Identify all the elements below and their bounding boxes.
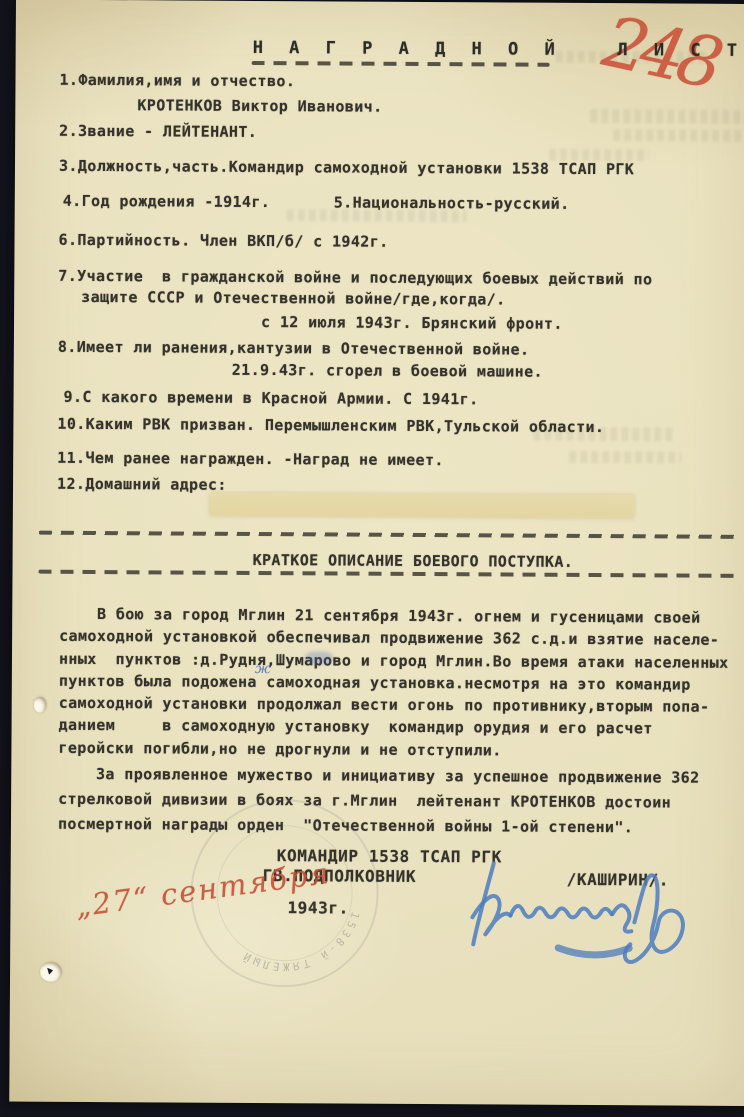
bleed-through-mark <box>590 109 744 124</box>
section-heading: КРАТКОЕ ОПИСАНИЕ БОЕВОГО ПОСТУПКА. <box>253 551 574 571</box>
combat-description-paragraph-1: В бою за город Мглин 21 сентября 1943г. … <box>58 603 729 763</box>
text-line: За проявленное мужество и инициативу за … <box>58 762 699 791</box>
field-birth-year: 4.Год рождения -1914г. <box>63 192 271 211</box>
bleed-through-mark <box>569 451 681 464</box>
field-wounds-label: 8.Имеет ли ранения,кантузии в Отечествен… <box>58 338 530 359</box>
scanned-award-document: { "document": { "archive_number": "248",… <box>0 0 744 1117</box>
title-underline <box>252 61 550 66</box>
commander-signature <box>458 847 709 974</box>
typed-year: 1943г. <box>287 898 349 917</box>
text-line: посмертной награды орден "Отечественной … <box>58 812 699 841</box>
svg-text:1538-й ТЯЖЕЛЫЙ: 1538-й ТЯЖЕЛЫЙ <box>239 909 362 973</box>
combat-description-paragraph-2: За проявленное мужество и инициативу за … <box>58 762 700 841</box>
field-rank: 2.Звание - ЛЕЙТЕНАНТ. <box>59 122 257 141</box>
section-divider-bottom <box>39 570 741 578</box>
paper-hole-shadow <box>47 968 53 975</box>
field-name-value: КРОТЕНКОВ Виктор Иванович. <box>137 96 382 115</box>
paper-hole <box>40 962 62 982</box>
field-party-membership: 6.Партийность. Член ВКП/б/ с 1942г. <box>58 231 388 251</box>
redacted-address-area <box>210 493 634 519</box>
field-position-unit: 3.Должность,часть.Командир самоходной ус… <box>59 157 634 179</box>
field-red-army-since: 9.С какого времени в Красной Армии. С 19… <box>64 388 479 409</box>
blue-ink-smudge <box>305 651 333 664</box>
field-war-participation-line2: защите СССР и Отечественной войне/где,ко… <box>81 288 505 309</box>
handwritten-correction: ж <box>255 661 271 677</box>
text-line: стрелковой дивизии в боях за г.Мглин лей… <box>58 787 699 816</box>
field-nationality: 5.Национальность-русский. <box>334 193 570 212</box>
field-previous-awards: 11.Чем ранее награжден. -Наград не имеет… <box>57 449 444 469</box>
document-page: 248 Н А Г Р А Д Н О Й Л И С Т 1.Фамилия,… <box>9 0 744 1106</box>
field-war-participation-value: с 12 июля 1943г. Брянский фронт. <box>261 313 563 333</box>
field-name-label: 1.Фамилия,имя и отчество. <box>59 71 295 90</box>
section-divider-top <box>39 531 739 539</box>
paper-hole <box>34 697 47 713</box>
field-wounds-value: 21.9.43г. сгорел в боевой машине. <box>232 361 543 381</box>
field-drafted-by: 10.Каким РВК призван. Перемышленским РВК… <box>57 415 604 436</box>
document-title: Н А Г Р А Д Н О Й Л И С Т <box>253 38 744 61</box>
field-war-participation-line1: 7.Участие в гражданской войне и последую… <box>58 267 652 289</box>
text-line: геройски погибли,но не дрогнули и не отс… <box>58 737 728 763</box>
bleed-through-mark <box>613 129 744 142</box>
field-home-address-label: 12.Домашний адрес: <box>57 475 227 494</box>
